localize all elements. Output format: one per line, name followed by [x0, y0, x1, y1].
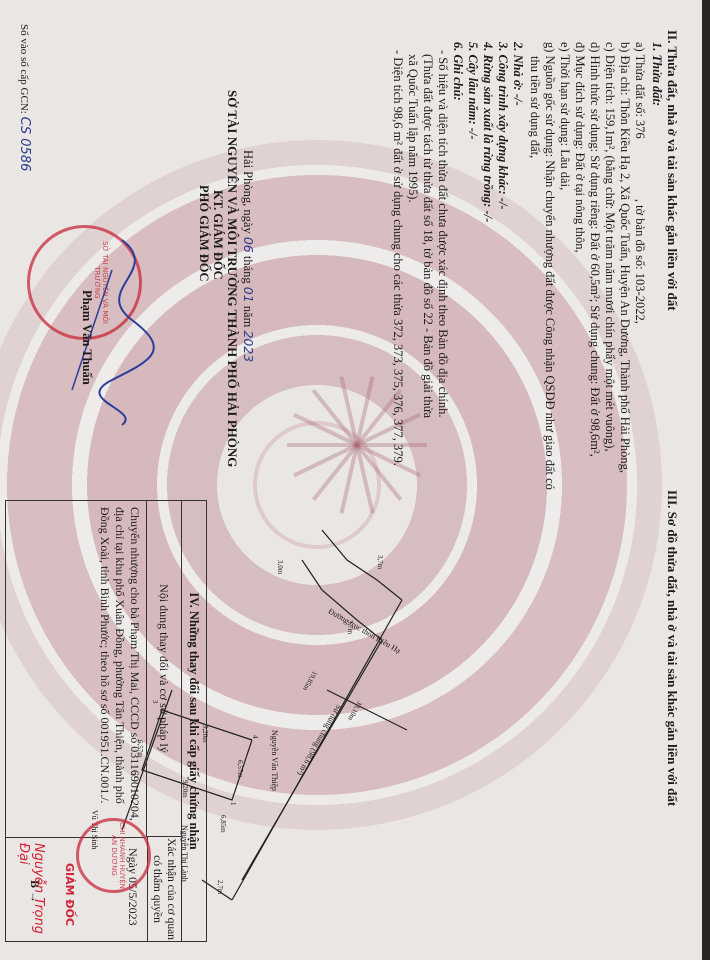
certificate-page: II. Thửa đất, nhà ở và tài sản khác gắn … — [0, 0, 702, 960]
point-4: 4 — [247, 735, 262, 739]
neighbor-left: Nguyễn Văn Thiệp — [267, 730, 282, 791]
section4-title: IV. Những thay đổi sau khi cấp giấy chứn… — [181, 501, 206, 941]
edge-4-1: 6,57m — [232, 760, 247, 778]
confirm-role: GIÁM ĐỐC — [63, 863, 76, 926]
end-width: 2,7m — [212, 880, 227, 894]
edge-1-end: 6,85m — [215, 815, 230, 833]
point-1: 1 — [225, 802, 240, 806]
change-confirmation: Ngày 05/5/2023 CHI NHÁNH HUYỆN AN DƯƠNG … — [6, 837, 146, 941]
page-edge — [702, 0, 710, 960]
changes-col-content: Nội dung thay đổi và cơ sở pháp lý — [146, 501, 181, 837]
branch-seal: CHI NHÁNH HUYỆN AN DƯƠNG — [76, 818, 151, 893]
confirm-name: Nguyễn Trọng Đại — [16, 843, 46, 941]
changes-table: IV. Những thay đổi sau khi cấp giấy chứn… — [5, 500, 207, 942]
lane-width: 3,7m — [342, 620, 357, 634]
change-content: Chuyển nhượng cho bà Phạm Thị Mai, CCCD … — [97, 507, 142, 832]
road-width-bottom: 3,0m — [272, 560, 287, 574]
changes-col-confirm: Xác nhận của cơ quan có thẩm quyền — [147, 837, 181, 941]
road-width-top: 3,7m — [372, 555, 387, 569]
